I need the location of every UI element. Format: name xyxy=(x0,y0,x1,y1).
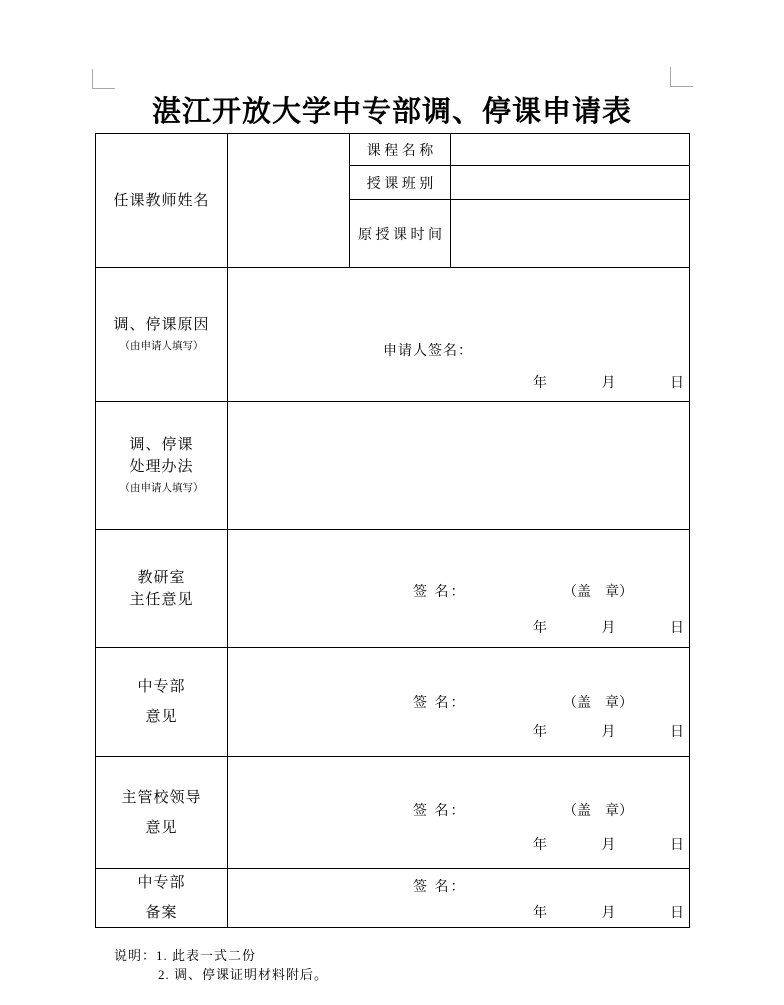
date-day-label: 日 xyxy=(670,725,684,740)
margin-corner-mark-right xyxy=(670,67,693,87)
office-label-line2: 主任意见 xyxy=(129,589,193,611)
leader-sign-label: 签 名： xyxy=(413,800,467,820)
class-row: 授 课 班 别 xyxy=(350,166,689,200)
date-month-label: 月 xyxy=(602,376,616,391)
original-time-field[interactable] xyxy=(451,200,689,267)
date-year-label: 年 xyxy=(533,906,547,921)
course-subtable: 课 程 名 称 授 课 班 别 原 授 课 时 间 xyxy=(350,134,689,267)
date-month-label: 月 xyxy=(602,621,616,636)
reason-field[interactable]: 申请人签名： 年 月 日 xyxy=(228,268,689,401)
leader-label-line2: 意见 xyxy=(145,813,177,843)
teacher-name-field[interactable] xyxy=(228,134,350,267)
date-month-label: 月 xyxy=(602,725,616,740)
department-date-line: 年 月 日 xyxy=(533,721,684,741)
note-line-1: 说明：1. 此表一式二份 xyxy=(114,946,328,965)
original-time-label: 原 授 课 时 间 xyxy=(350,200,451,267)
record-field[interactable]: 签 名： 年 月 日 xyxy=(228,869,689,927)
reason-label-cell: 调、停课原因 （由申请人填写） xyxy=(96,268,228,401)
office-opinion-field[interactable]: 签 名： （盖 章） 年 月 日 xyxy=(228,530,689,647)
note-line-2: 2. 调、停课证明材料附后。 xyxy=(158,965,328,984)
office-seal-label: （盖 章） xyxy=(563,581,633,601)
handling-field[interactable] xyxy=(228,402,689,529)
handling-row: 调、停课 处理办法 （由申请人填写） xyxy=(96,402,689,530)
reason-label: 调、停课原因 xyxy=(113,314,209,336)
course-name-field[interactable] xyxy=(451,134,689,165)
record-label-cell: 中专部 备案 xyxy=(96,869,228,927)
leader-opinion-field[interactable]: 签 名： （盖 章） 年 月 日 xyxy=(228,757,689,868)
date-day-label: 日 xyxy=(670,906,684,921)
record-date-line: 年 月 日 xyxy=(533,902,684,922)
handling-label-cell: 调、停课 处理办法 （由申请人填写） xyxy=(96,402,228,529)
applicant-signature-label: 申请人签名： xyxy=(383,340,473,360)
leader-date-line: 年 月 日 xyxy=(533,834,684,854)
reason-date-line: 年 月 日 xyxy=(533,372,684,392)
date-month-label: 月 xyxy=(602,838,616,853)
course-name-row: 课 程 名 称 xyxy=(350,134,689,166)
reason-row: 调、停课原因 （由申请人填写） 申请人签名： 年 月 日 xyxy=(96,268,689,402)
date-day-label: 日 xyxy=(670,621,684,636)
course-name-label: 课 程 名 称 xyxy=(350,134,451,165)
form-title: 湛江开放大学中专部调、停课申请表 xyxy=(0,89,784,130)
department-opinion-label-cell: 中专部 意见 xyxy=(96,648,228,756)
office-label-line1: 教研室 xyxy=(137,567,185,589)
date-year-label: 年 xyxy=(533,621,547,636)
leader-label-line1: 主管校领导 xyxy=(121,783,201,813)
handling-label-line2: 处理办法 xyxy=(129,456,193,478)
record-sign-label: 签 名： xyxy=(413,876,467,896)
document-page: 湛江开放大学中专部调、停课申请表 任课教师姓名 课 程 名 称 授 课 班 别 … xyxy=(0,0,784,1005)
application-form-table: 任课教师姓名 课 程 名 称 授 课 班 别 原 授 课 时 间 xyxy=(95,133,690,928)
office-date-line: 年 月 日 xyxy=(533,617,684,637)
margin-corner-mark-left xyxy=(92,69,115,89)
leader-opinion-row: 主管校领导 意见 签 名： （盖 章） 年 月 日 xyxy=(96,757,689,869)
office-opinion-label-cell: 教研室 主任意见 xyxy=(96,530,228,647)
department-label-line2: 意见 xyxy=(145,702,177,732)
department-opinion-row: 中专部 意见 签 名： （盖 章） 年 月 日 xyxy=(96,648,689,757)
teacher-name-label: 任课教师姓名 xyxy=(96,134,228,267)
handling-sublabel: （由申请人填写） xyxy=(120,481,204,497)
class-field[interactable] xyxy=(451,166,689,199)
record-label-line1: 中专部 xyxy=(137,868,185,898)
date-year-label: 年 xyxy=(533,376,547,391)
date-year-label: 年 xyxy=(533,725,547,740)
leader-seal-label: （盖 章） xyxy=(563,800,633,820)
leader-opinion-label-cell: 主管校领导 意见 xyxy=(96,757,228,868)
record-row: 中专部 备案 签 名： 年 月 日 xyxy=(96,869,689,927)
office-opinion-row: 教研室 主任意见 签 名： （盖 章） 年 月 日 xyxy=(96,530,689,648)
notes-section: 说明：1. 此表一式二份 2. 调、停课证明材料附后。 xyxy=(114,946,328,984)
date-month-label: 月 xyxy=(602,906,616,921)
department-label-line1: 中专部 xyxy=(137,672,185,702)
teacher-row: 任课教师姓名 课 程 名 称 授 课 班 别 原 授 课 时 间 xyxy=(96,134,689,268)
department-seal-label: （盖 章） xyxy=(563,692,633,712)
original-time-row: 原 授 课 时 间 xyxy=(350,200,689,267)
department-sign-label: 签 名： xyxy=(413,692,467,712)
date-day-label: 日 xyxy=(670,376,684,391)
class-label: 授 课 班 别 xyxy=(350,166,451,199)
handling-label-line1: 调、停课 xyxy=(129,434,193,456)
date-year-label: 年 xyxy=(533,838,547,853)
department-opinion-field[interactable]: 签 名： （盖 章） 年 月 日 xyxy=(228,648,689,756)
record-label-line2: 备案 xyxy=(145,898,177,928)
office-sign-label: 签 名： xyxy=(413,581,467,601)
reason-sublabel: （由申请人填写） xyxy=(120,339,204,355)
date-day-label: 日 xyxy=(670,838,684,853)
